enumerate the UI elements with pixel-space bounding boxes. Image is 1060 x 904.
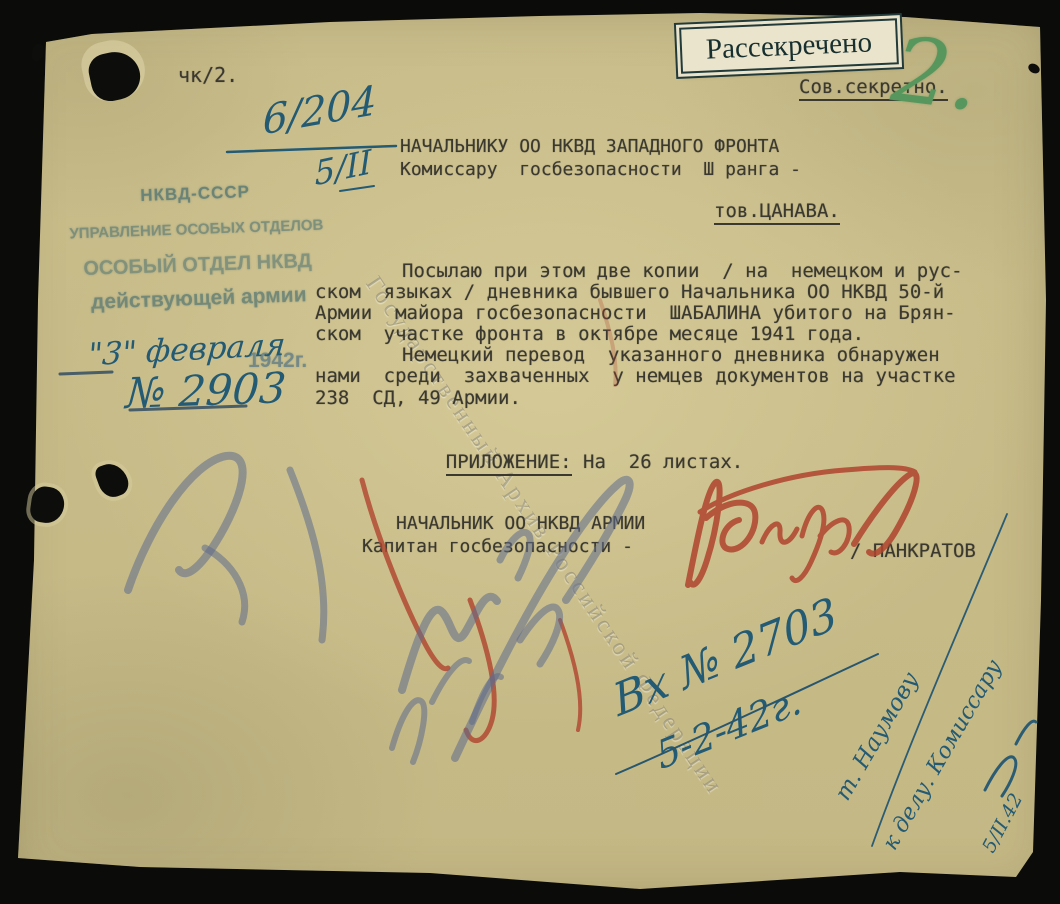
- office-stamp: НКВД-СССР УПРАВЛЕНИЕ ОСОБЫХ ОТДЕЛОВ ОСОБ…: [50, 179, 344, 316]
- attachment-line: ПРИЛОЖЕНИЕ: На 26 листах.: [400, 429, 743, 495]
- body-line-1: Посылаю при этом две копии / на немецком…: [402, 260, 963, 282]
- body-line-2: ском языках / дневника бывшего Начальник…: [315, 281, 944, 303]
- attachment-value: На 26 листах.: [572, 451, 744, 473]
- corner-code: чк/2.: [178, 63, 238, 87]
- body-line-7: 238 СД, 49 Армии.: [315, 387, 521, 409]
- scanned-document: Государственный Архив Российской Федерац…: [0, 0, 1060, 904]
- declassified-stamp: Рассекречено: [679, 18, 899, 73]
- body-line-4: ском участке фронта в октябре месяце 194…: [315, 323, 864, 345]
- recipient-line1: НАЧАЛЬНИКУ ОО НКВД ЗАПАДНОГО ФРОНТА: [400, 136, 779, 157]
- office-stamp-line2: УПРАВЛЕНИЕ ОСОБЫХ ОТДЕЛОВ: [51, 216, 341, 243]
- declassified-stamp-label: Рассекречено: [705, 26, 872, 65]
- attachment-label: ПРИЛОЖЕНИЕ:: [446, 451, 572, 476]
- edge-notch: [32, 44, 44, 61]
- office-stamp-line3: ОСОБЫЙ ОТДЕЛ НКВД: [52, 249, 343, 282]
- body-line-6: нами среди захваченных у немцев документ…: [315, 365, 956, 387]
- page-mark-green: 2.: [887, 17, 985, 132]
- handwritten-number: № 2903: [124, 363, 287, 418]
- signature-line2: Капитан госбезопасности -: [362, 536, 633, 557]
- signature-line1: НАЧАЛЬНИК ОО НКВД АРМИИ: [396, 513, 645, 534]
- recipient-line2: Комиссару госбезопасности Ш ранга -: [400, 159, 801, 180]
- addressee-text: тов.ЦАНАВА.: [714, 200, 840, 225]
- body-line-3: Армии майора госбезопасности ШАБАЛИНА уб…: [315, 302, 956, 324]
- signature-name: / ПАНКРАТОВ: [850, 540, 976, 562]
- body-line-5: Немецкий перевод указанного дневника обн…: [402, 344, 940, 366]
- recipient-addressee: тов.ЦАНАВА.: [714, 200, 840, 222]
